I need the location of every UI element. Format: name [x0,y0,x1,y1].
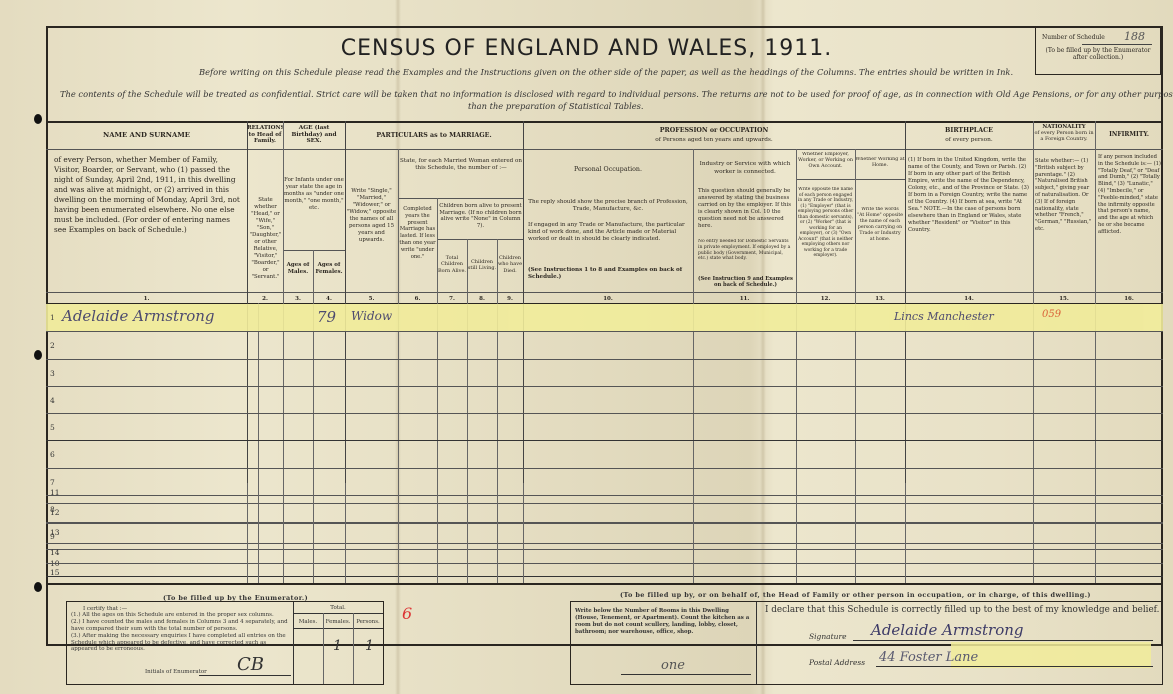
occupation-heading: PROFESSION or OCCUPATION [523,127,905,135]
total-rule [293,613,383,614]
postal-address-value: 44 Foster Lane [879,650,978,665]
declaration-text: I declare that this Schedule is correctl… [765,605,1159,615]
schedule-number-note: (To be filled up by the Enumerator after… [1040,47,1156,61]
col-divider [1095,483,1096,583]
col-divider [1033,483,1034,583]
persons-label: Persons. [353,619,383,626]
initials-line [199,675,291,676]
col10-body2: If engaged in any Trade or Manufacture, … [528,222,688,243]
col12-body: Write opposite the name of each person e… [797,187,854,259]
schedule-number-value: 188 [1124,30,1145,43]
table-row[interactable]: 1 Adelaide Armstrong 79 Widow Lincs Manc… [46,304,1163,331]
col-number: 4. [313,296,345,302]
marriage-sub-rule [398,198,523,199]
col10-body3: (See Instructions 1 to 8 and Examples on… [528,267,688,281]
row-number: 5 [50,423,55,432]
col-divider [437,483,438,583]
col-number: 11. [693,296,796,302]
col-number: 10. [523,296,693,302]
col-divider [855,483,856,583]
rooms-divider [756,602,757,684]
certify-item-1: (1.) All the ages on this Schedule are e… [71,612,293,619]
col-number: 6. [398,296,437,302]
col13-title: Whether Working at Home. [855,157,905,169]
col3-4-instructions: For Infants under one year state the age… [284,177,344,212]
instruction-line-2b: than the preparation of Statistical Tabl… [468,101,644,111]
certify-item-2: (2.) I have counted the males and female… [71,619,293,632]
col-divider [905,483,906,583]
address-highlight [951,642,1151,668]
col-number: 2. [247,296,283,302]
col10-title: Personal Occupation. [523,166,693,174]
col16-heading: INFIRMITY. [1095,131,1163,139]
col3-4-heading: AGE (last Birthday) and SEX. [283,125,345,145]
schedule-number-label: Number of Schedule [1042,34,1105,41]
col-number: 14. [905,296,1033,302]
total-col-divider [323,613,324,684]
col6-instructions: Completed years the present Marriage has… [398,206,437,260]
col-divider [523,483,524,583]
table-row[interactable]: 3 [46,360,1163,387]
col7-instructions: Total Children Born Alive. [437,255,467,274]
initials-label: Initials of Enumerator [145,669,207,676]
col1-heading: NAME AND SURNAME [46,131,247,139]
row-number: 3 [50,369,55,378]
males-label: Males. [293,619,323,626]
table-row[interactable]: 13 [46,523,1163,543]
table-row[interactable]: 15 [46,563,1163,583]
row-number: 1 [50,313,55,322]
col16-body: If any person included in the Schedule i… [1098,154,1161,236]
col-number: 16. [1095,296,1163,302]
row-number: 11 [50,488,60,497]
col-divider [313,483,314,583]
children-sub-rule [437,239,523,240]
nationality-code: 059 [1042,309,1061,320]
initials-value: CB [237,654,264,675]
col-number: 8. [467,296,497,302]
punch-hole [34,114,42,124]
person-name: Adelaide Armstrong [62,307,215,325]
red-tick-mark: 6 [402,604,412,623]
col10-body1: The reply should show the precise branch… [528,199,688,213]
col-divider [345,483,346,583]
col9-instructions: Children who have Died. [497,255,523,274]
schedule-number-line [1082,44,1152,45]
table-row[interactable]: 2 [46,332,1163,359]
signature-label: Signature [809,632,847,641]
address-line[interactable] [876,666,1153,667]
persons-total: 1 [365,638,374,654]
table-row[interactable]: 11 [46,483,1163,503]
table-row[interactable]: 6 [46,441,1163,468]
table-lower-rows: 1112131415 [46,483,1163,583]
married-woman-group: State, for each Married Woman entered on… [400,158,522,172]
postal-address-label: Postal Address [809,658,865,667]
head-of-family-caption: (To be filled up by, or on behalf of, th… [620,591,1091,599]
col13-body: Write the words "At Home" opposite the n… [857,207,903,243]
row-number: 6 [50,450,55,459]
col-divider [497,483,498,583]
col-divider [796,483,797,583]
col2-heading: RELATIONSHIP to Head of Family. [247,125,283,145]
col11-body2: No entry needed for Domestic Servants in… [698,239,793,262]
table-row[interactable]: 14 [46,543,1163,563]
children-group: Children born alive to present Marriage.… [438,203,523,229]
instruction-line-2: The contents of the Schedule will be tre… [60,89,1173,99]
col1-instructions: of every Person, whether Member of Famil… [54,155,242,235]
col14-heading: BIRTHPLACE [905,127,1033,135]
punch-hole [34,350,42,360]
col14-subheading: of every person. [905,136,1033,144]
rooms-value: one [661,658,685,673]
total-col-divider [353,613,354,684]
col-divider [693,483,694,583]
column-number-rule [46,292,1163,293]
col11-title: Industry or Service with which worker is… [694,161,796,176]
total-label: Total. [293,605,383,612]
rooms-line[interactable] [621,674,751,675]
females-label: Females. [323,619,353,626]
schedule-number-box: Number of Schedule 188 (To be filled up … [1035,27,1161,75]
females-total: 1 [333,638,342,654]
col-number: 12. [796,296,855,302]
col-number: 3. [283,296,313,302]
col15-body: State whether:— (1) "British subject by … [1035,158,1093,233]
instruction-line-1: Before writing on this Schedule please r… [199,67,1013,77]
row-number: 14 [50,548,60,557]
col-divider [398,483,399,583]
occupation-sub-rule [796,179,905,180]
col-number: 1. [46,296,247,302]
total-sub-rule [293,628,383,629]
enumerator-box: I certify that :— (1.) All the ages on t… [66,601,384,685]
col-number: 7. [437,296,467,302]
col12-title: Whether Employer, Worker, or Working on … [796,152,855,170]
table-row[interactable]: 4 [46,387,1163,414]
col-number: 13. [855,296,905,302]
col11-body3: (See Instruction 9 and Examples on back … [698,276,793,289]
col14-body: (1) If born in the United Kingdom, write… [908,157,1030,234]
row-number: 12 [50,508,60,517]
total-divider [293,602,294,684]
col-divider [247,483,248,583]
col4-subheading: Ages of Females. [313,262,345,275]
col2-instructions: State whether "Head," or "Wife," "Son," … [248,197,283,281]
row-rule [46,583,1163,585]
punch-hole [34,582,42,592]
certify-item-3: (3.) After making the necessary enquirie… [71,633,293,653]
col11-body1: This question should generally be answer… [698,188,793,230]
table-row[interactable]: 12 [46,503,1163,523]
header-rule [46,149,1163,150]
head-of-family-box: Write below the Number of Rooms in this … [570,601,1163,685]
col8-instructions: Children still Living. [467,259,497,272]
col-divider [283,483,284,583]
signature-line[interactable] [853,640,1153,641]
col5-instructions: Write "Single," "Married," "Widower," or… [346,188,397,244]
birthplace: Lincs Manchester [894,310,994,323]
table-row[interactable]: 5 [46,414,1163,441]
col-divider [258,483,259,583]
marital-status: Widow [351,309,392,323]
rooms-instruction: Write below the Number of Rooms in this … [575,608,753,636]
col15-subheading: of every Person born in a Foreign Countr… [1033,130,1095,142]
document-title: CENSUS OF ENGLAND AND WALES, 1911. [0,36,1173,61]
col-number: 9. [497,296,523,302]
signature-value: Adelaide Armstrong [871,621,1024,639]
row-number: 4 [50,396,55,405]
age-sub-rule [283,250,345,251]
marriage-heading: PARTICULARS as to MARRIAGE. [345,132,523,140]
col-number: 5. [345,296,398,302]
row-number: 13 [50,528,60,537]
row-number: 15 [50,568,60,577]
col-number: 15. [1033,296,1095,302]
occupation-subheading: of Persons aged ten years and upwards. [523,136,905,144]
table-top-rule [46,121,1163,123]
col3-subheading: Ages of Males. [283,262,313,275]
col-divider [467,483,468,583]
age-female: 79 [317,308,336,326]
row-number: 2 [50,341,55,350]
